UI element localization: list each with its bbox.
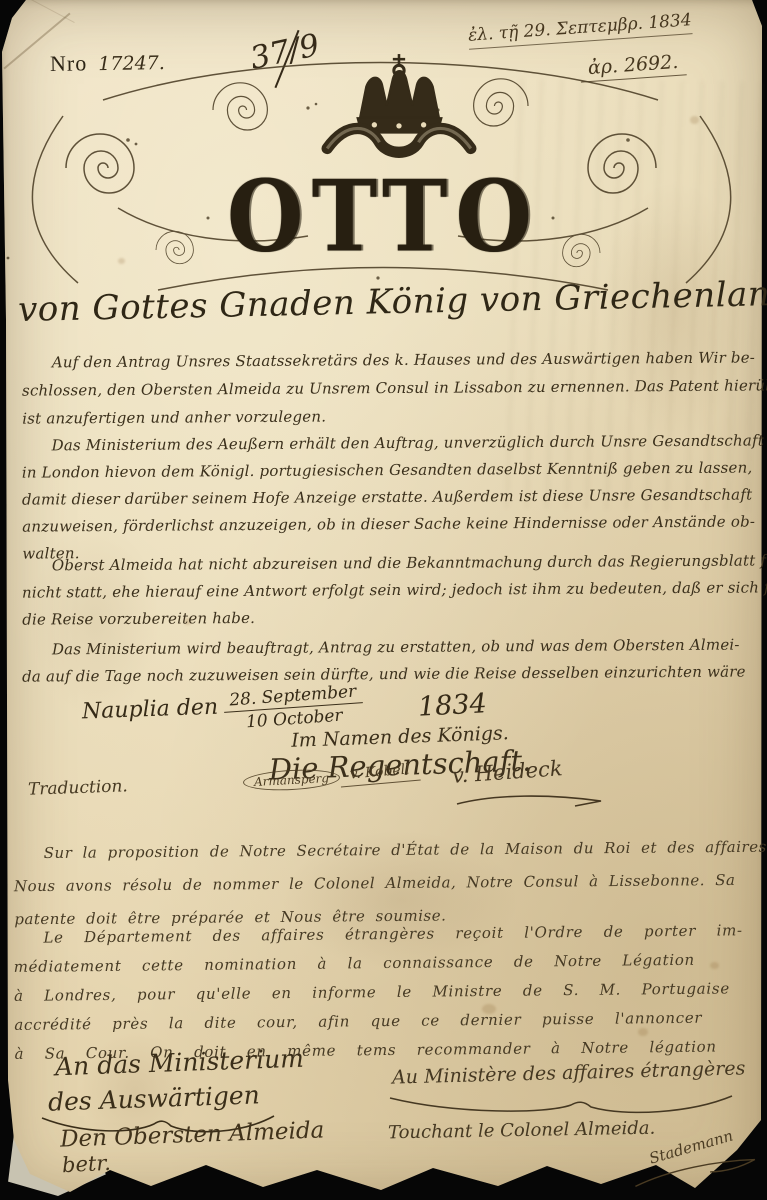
german-subject-line-2: betr. xyxy=(61,1151,111,1178)
brace-flourish xyxy=(386,1092,736,1116)
manuscript-line: schlossen, den Obersten Almeida zu Unsre… xyxy=(22,371,762,404)
signature-swash xyxy=(630,1162,760,1182)
german-paragraph-2: Das Ministerium des Aeußern erhält den A… xyxy=(22,427,763,567)
german-paragraph-4: Das Ministerium wird beauftragt, Antrag … xyxy=(22,631,762,690)
manuscript-line: die Reise vorzubereiten habe. xyxy=(22,601,762,633)
translation-label: Traduction. xyxy=(28,776,128,799)
royal-monogram: OTTO xyxy=(0,158,767,274)
signature-swash xyxy=(455,792,605,810)
german-paragraph-1: Auf den Antrag Unsres Staatssekretärs de… xyxy=(22,343,763,432)
crown-icon xyxy=(312,52,487,170)
dateline-place: Nauplia den xyxy=(82,695,219,725)
manuscript-line: Nous avons résolu de nommer le Colonel A… xyxy=(14,864,762,904)
french-paragraph-2: Le Département des affaires étrangères r… xyxy=(13,916,762,1069)
manuscript-line: nicht statt, ehe hierauf eine Antwort er… xyxy=(22,574,762,606)
manuscript-line: da auf die Tage noch zuzuweisen sein dür… xyxy=(22,658,762,690)
scanned-document: Nro 17247. 37/9 ἐλ. τῇ 29. Σεπτεμβρ. 183… xyxy=(0,0,767,1200)
german-paragraph-3: Oberst Almeida hat nicht abzureisen und … xyxy=(22,547,763,633)
manuscript-line: anzuweisen, förderlichst anzuzeigen, ob … xyxy=(22,508,762,540)
dateline-year: 1834 xyxy=(417,688,487,723)
